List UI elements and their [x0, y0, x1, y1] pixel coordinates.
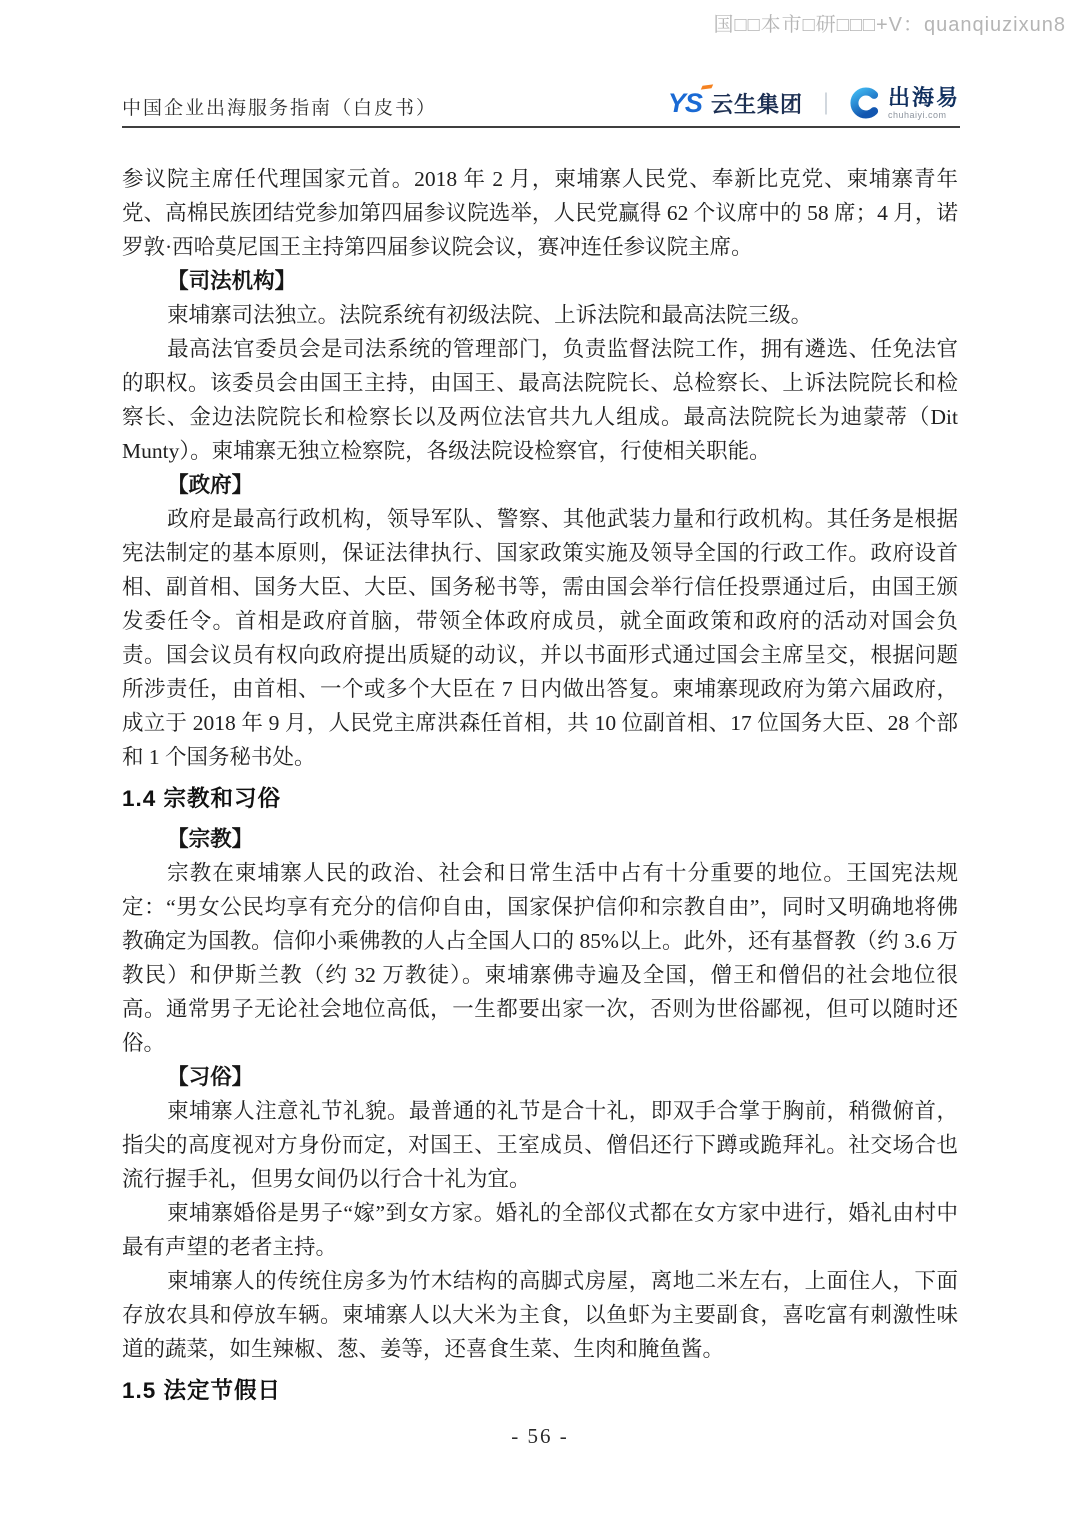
paragraph: 柬埔寨婚俗是男子“嫁”到女方家。婚礼的全部仪式都在女方家中进行，婚礼由村中最有声… [122, 1196, 958, 1264]
bracket-heading-government: 【政府】 [122, 468, 958, 502]
ys-company-name: 云生集团 [711, 88, 803, 119]
document-title: 中国企业出海服务指南（白皮书） [122, 93, 437, 120]
watermark-text: 国□□本市□研□□□+V：quanqiuzixun8 [714, 8, 1067, 37]
document-body: 参议院主席任代理国家元首。2018 年 2 月，柬埔寨人民党、奉新比克党、柬埔寨… [122, 162, 958, 1414]
logo-separator: ｜ [815, 88, 837, 119]
paragraph: 最高法官委员会是司法系统的管理部门，负责监督法院工作，拥有遴选、任免法官的职权。… [122, 332, 958, 468]
bracket-heading-judiciary: 【司法机构】 [122, 264, 958, 298]
bracket-heading-customs: 【习俗】 [122, 1060, 958, 1094]
section-heading-1-5: 1.5 法定节假日 [122, 1372, 958, 1410]
paragraph: 柬埔寨人的传统住房多为竹木结构的高脚式房屋，离地二米左右，上面住人，下面存放农具… [122, 1264, 958, 1366]
ys-logo-mark: YS [668, 90, 702, 117]
ys-logo: YS 云生集团 [668, 88, 803, 119]
page-header: 中国企业出海服务指南（白皮书） YS 云生集团 ｜ [122, 84, 960, 128]
paragraph: 柬埔寨人注意礼节礼貌。最普通的礼节是合十礼，即双手合掌于胸前，稍微俯首，指尖的高… [122, 1094, 958, 1196]
document-page: 国□□本市□研□□□+V：quanqiuzixun8 中国企业出海服务指南（白皮… [0, 0, 1080, 1525]
page-number: - 56 - [0, 1424, 1080, 1449]
paragraph: 宗教在柬埔寨人民的政治、社会和日常生活中占有十分重要的地位。王国宪法规定：“男女… [122, 856, 958, 1060]
chuhaiyi-logo: 出海易 chuhaiyi.com [849, 86, 960, 120]
paragraph: 政府是最高行政机构，领导军队、警察、其他武装力量和行政机构。其任务是根据宪法制定… [122, 502, 958, 774]
paragraph: 柬埔寨司法独立。法院系统有初级法院、上诉法院和最高法院三级。 [122, 298, 958, 332]
section-heading-1-4: 1.4 宗教和习俗 [122, 780, 958, 818]
paragraph: 参议院主席任代理国家元首。2018 年 2 月，柬埔寨人民党、奉新比克党、柬埔寨… [122, 162, 958, 264]
header-logos: YS 云生集团 ｜ 出海易 chuhaiyi.com [668, 86, 960, 120]
chuhaiyi-name: 出海易 [888, 87, 960, 109]
bracket-heading-religion: 【宗教】 [122, 822, 958, 856]
chuhaiyi-c-icon [849, 86, 883, 120]
chuhaiyi-domain: chuhaiyi.com [888, 111, 960, 120]
chuhaiyi-text: 出海易 chuhaiyi.com [888, 87, 960, 120]
